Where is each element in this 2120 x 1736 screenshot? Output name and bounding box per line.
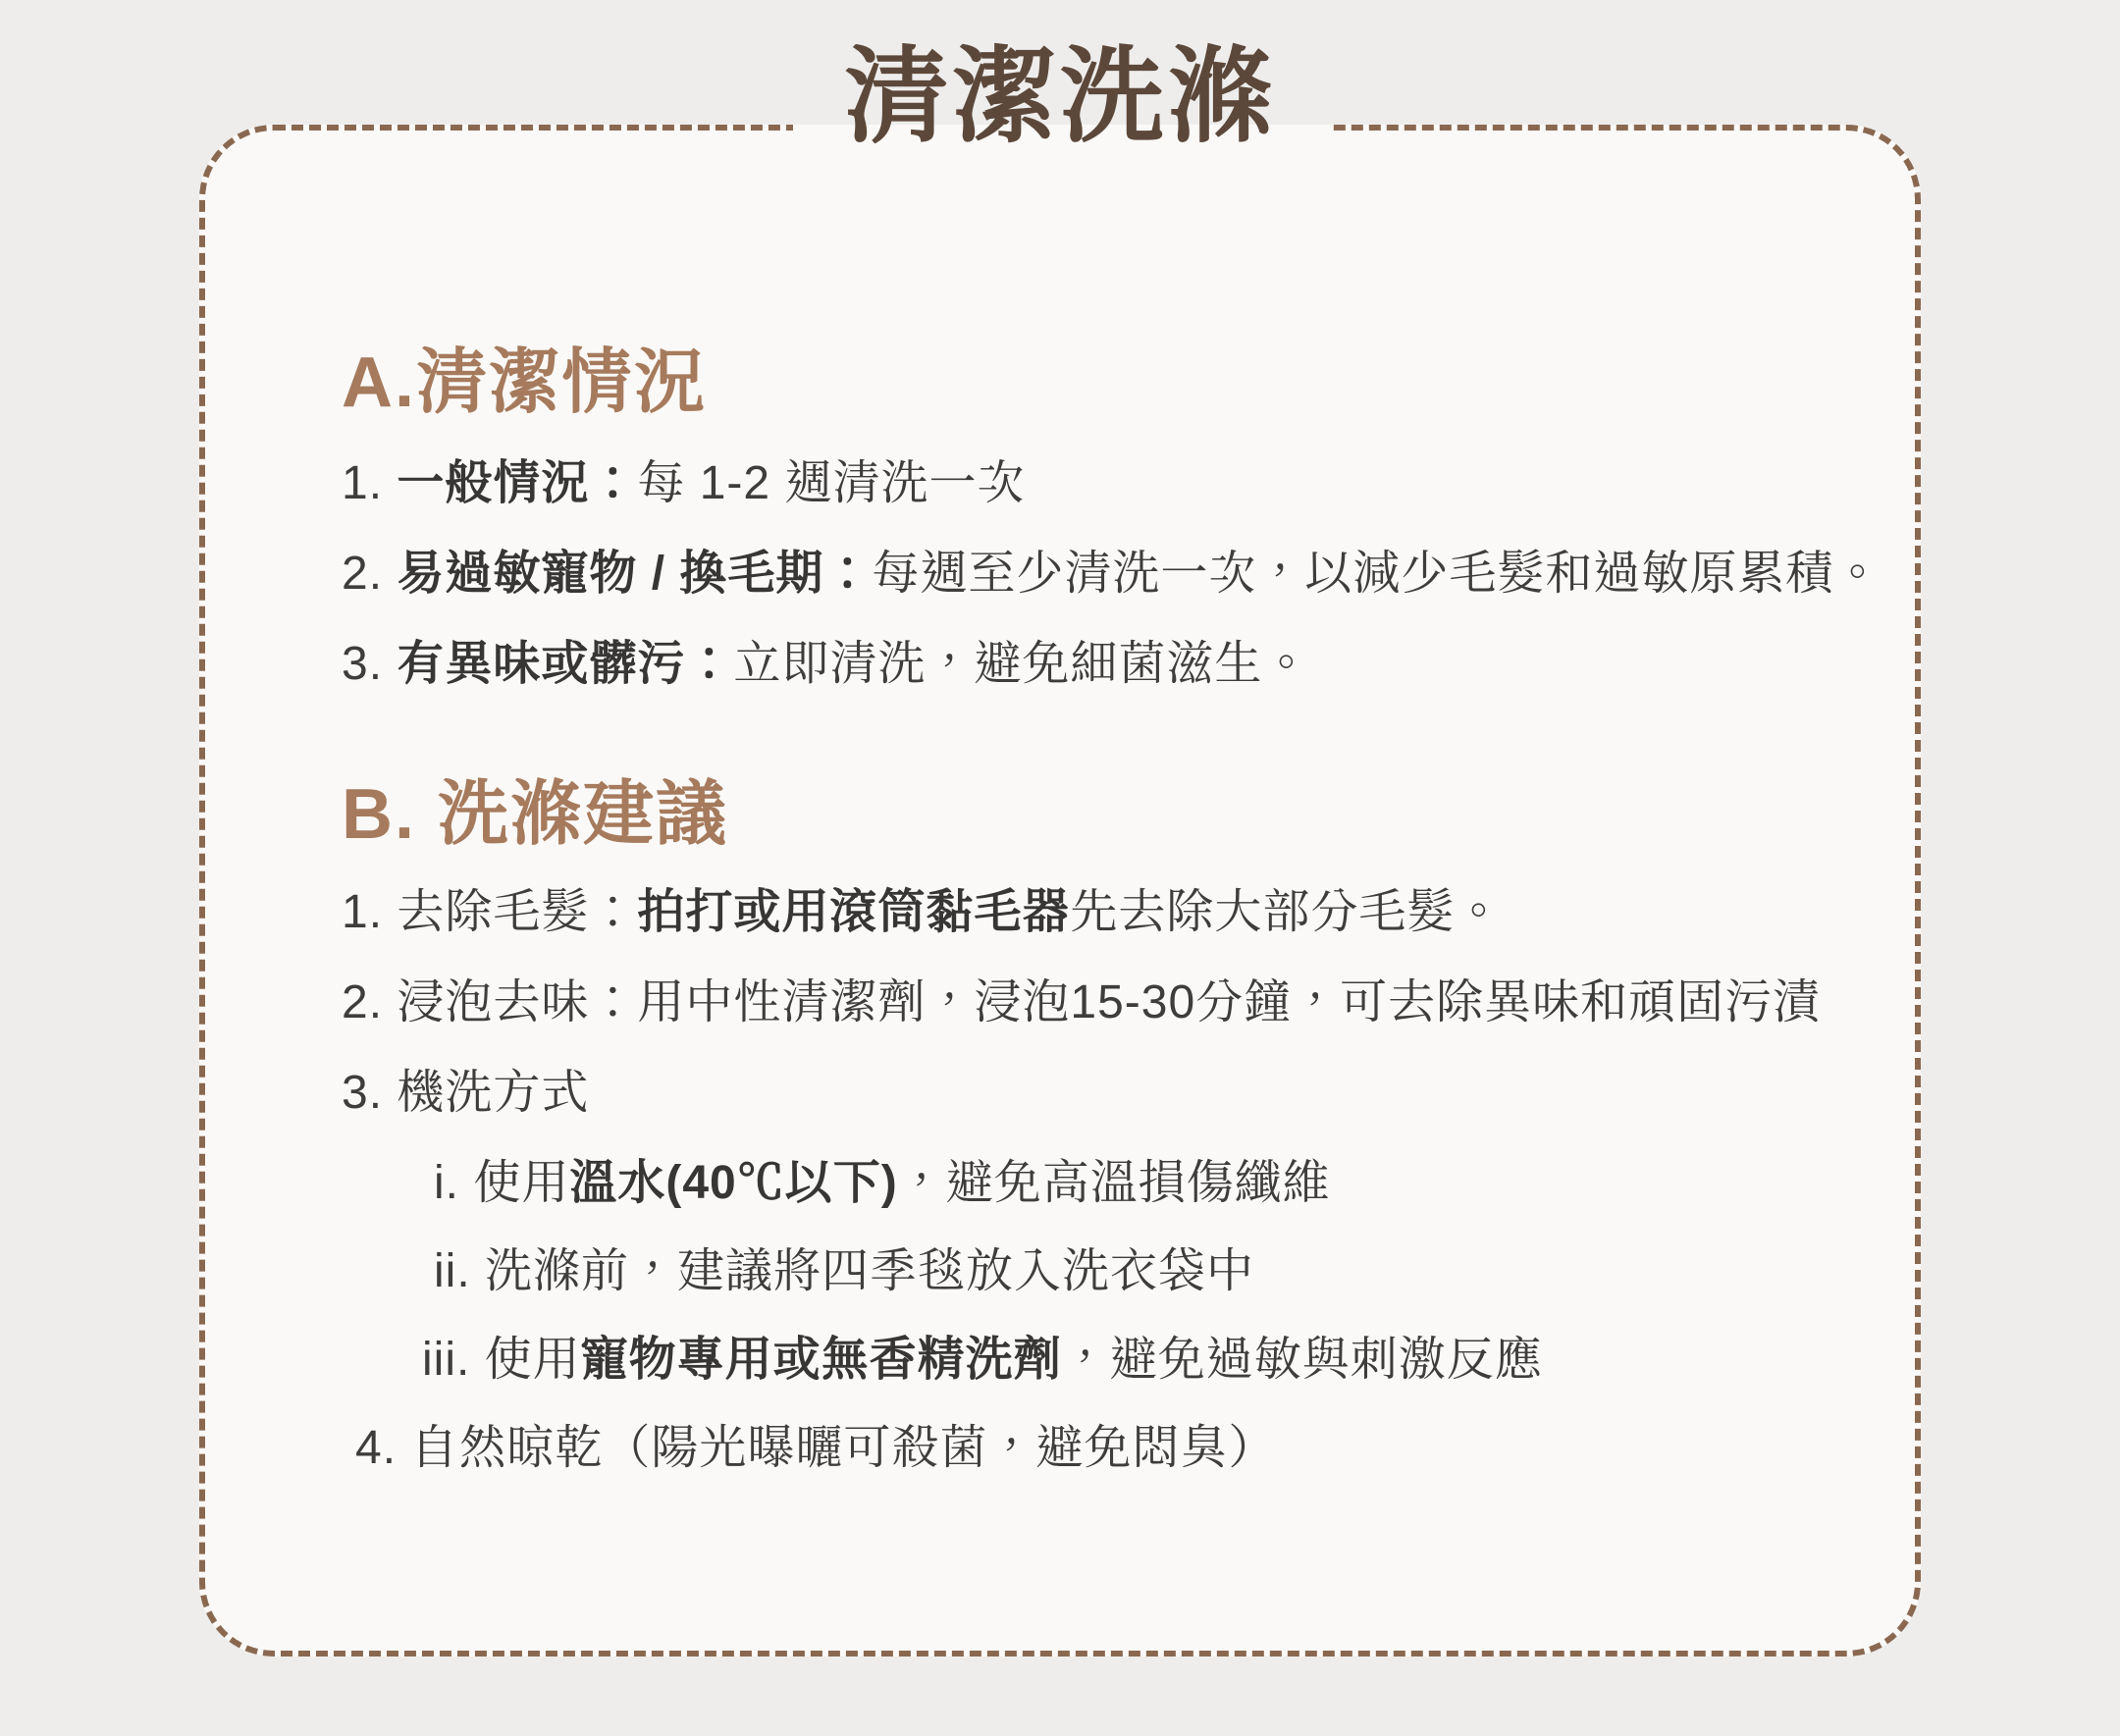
care-instructions-page: 清潔洗滌 A.清潔情況 1. 一般情況：每 1-2 週清洗一次 2. 易過敏寵物… xyxy=(0,0,2120,1736)
section-a-item-3: 3. 有異味或髒污：立即清洗，避免細菌滋生。 xyxy=(342,636,1310,693)
section-a-item-1: 1. 一般情況：每 1-2 週清洗一次 xyxy=(342,455,1025,512)
item-text: 立即清洗，避免細菌滋生。 xyxy=(733,638,1310,690)
item-text: 3. 機洗方式 xyxy=(342,1067,589,1119)
item-text: 2. xyxy=(342,548,397,600)
section-b-item-3-sub-ii: ii. 洗滌前，建議將四季毯放入洗衣袋中 xyxy=(434,1243,1254,1300)
section-b-item-3-sub-iii: iii. 使用寵物專用或無香精洗劑，避免過敏與刺激反應 xyxy=(422,1332,1543,1389)
item-text-bold: 有異味或髒污： xyxy=(397,638,733,690)
section-b-heading: B. 洗滌建議 xyxy=(342,773,728,856)
item-text-bold: 溫水(40℃以下) xyxy=(569,1157,897,1209)
item-text: iii. 使用 xyxy=(422,1334,581,1386)
item-text: 先去除大部分毛髮。 xyxy=(1070,886,1503,938)
item-text: 4. 自然晾乾（陽光曝曬可殺菌，避免悶臭） xyxy=(355,1422,1276,1474)
page-title: 清潔洗滌 xyxy=(0,37,2120,159)
section-a-item-2: 2. 易過敏寵物 / 換毛期：每週至少清洗一次，以減少毛髮和過敏原累積。 xyxy=(342,546,1881,603)
item-text: 1. xyxy=(342,457,397,509)
section-a-heading: A.清潔情況 xyxy=(342,342,707,424)
section-b-item-1: 1. 去除毛髮：拍打或用滾筒黏毛器先去除大部分毛髮。 xyxy=(342,884,1503,941)
item-text-bold: 易過敏寵物 / 換毛期： xyxy=(397,548,872,600)
item-text: 3. xyxy=(342,638,397,690)
item-text: ，避免過敏與刺激反應 xyxy=(1062,1334,1543,1386)
item-text: ii. 洗滌前，建議將四季毯放入洗衣袋中 xyxy=(434,1245,1254,1297)
item-text: ，避免高溫損傷纖維 xyxy=(898,1157,1331,1209)
item-text-bold: 一般情況： xyxy=(397,457,637,509)
section-b-item-4: 4. 自然晾乾（陽光曝曬可殺菌，避免悶臭） xyxy=(355,1420,1276,1477)
section-b-item-2: 2. 浸泡去味：用中性清潔劑，浸泡15-30分鐘，可去除異味和頑固污漬 xyxy=(342,974,1821,1031)
item-text: 每週至少清洗一次，以減少毛髮和過敏原累積。 xyxy=(872,548,1881,600)
item-text: 1. 去除毛髮： xyxy=(342,886,637,938)
section-b-item-3-sub-i: i. 使用溫水(40℃以下)，避免高溫損傷纖維 xyxy=(434,1155,1331,1212)
item-text-bold: 寵物專用或無香精洗劑 xyxy=(581,1334,1062,1386)
item-text: 2. 浸泡去味：用中性清潔劑，浸泡15-30分鐘，可去除異味和頑固污漬 xyxy=(342,976,1821,1028)
item-text: 每 1-2 週清洗一次 xyxy=(637,457,1025,509)
section-b-item-3: 3. 機洗方式 xyxy=(342,1065,589,1122)
item-text: i. 使用 xyxy=(434,1157,569,1209)
item-text-bold: 拍打或用滾筒黏毛器 xyxy=(637,886,1070,938)
